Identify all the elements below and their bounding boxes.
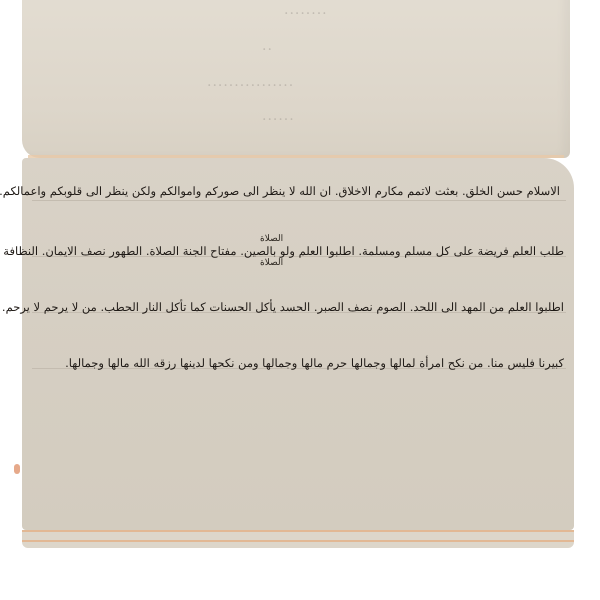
page-stack	[22, 532, 574, 540]
lower-page: الاسلام حسن الخلق. بعثت لاتمم مكارم الاخ…	[22, 158, 574, 530]
interlinear-annotation: الصلاة	[260, 258, 283, 268]
bleed-through-text: ................	[207, 74, 294, 90]
bleed-through-text: ......	[262, 108, 295, 124]
interlinear-annotation: الصلاة	[260, 234, 283, 244]
manuscript-line-4: كبيرنا فليس منا. من نكح امرأة لمالها وجم…	[65, 356, 564, 370]
manuscript-line-3: اطلبوا العلم من المهد الى اللحد. الصوم ن…	[0, 300, 564, 314]
bleed-through-text: ..	[262, 38, 273, 54]
manuscript-line-2: طلب العلم فريضة على كل مسلم ومسلمة. اطلب…	[0, 244, 564, 258]
paper-stain	[14, 464, 20, 474]
upper-page: ........ .. ................ ......	[22, 0, 570, 158]
page-stack	[22, 542, 574, 548]
manuscript-line-1: الاسلام حسن الخلق. بعثت لاتمم مكارم الاخ…	[0, 184, 560, 198]
ruled-line	[32, 200, 566, 201]
bleed-through-text: ........	[284, 2, 328, 18]
